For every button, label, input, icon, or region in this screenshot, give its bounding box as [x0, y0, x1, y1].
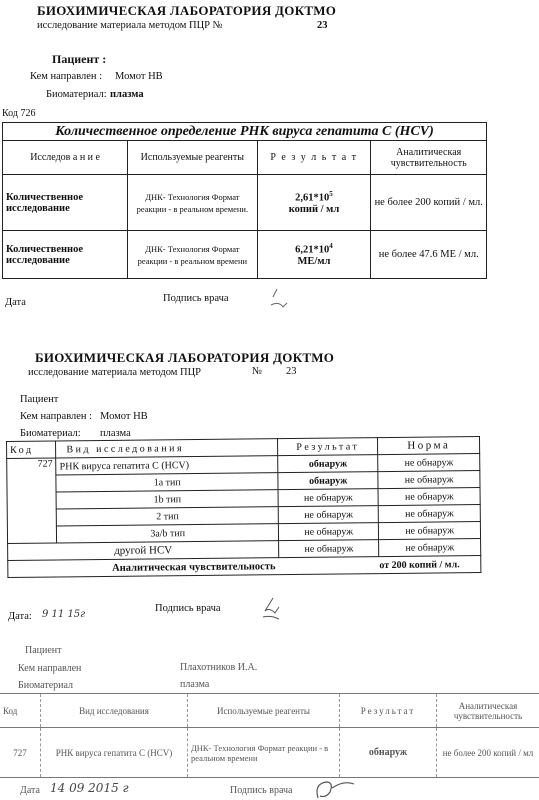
column-header: Р е з у л ь т а т [257, 141, 371, 175]
signature-label: Подпись врача [230, 785, 292, 796]
signature-label: Подпись врача [155, 603, 221, 614]
norm-cell: не обнаруж [379, 522, 481, 540]
table-row: Количественное исследование ДНК- Техноло… [3, 175, 487, 231]
norm-cell: не обнаруж [379, 505, 481, 523]
date-value: 9 11 15г [42, 609, 85, 620]
column-header: Исследов а н и е [3, 141, 128, 175]
study-cell: Количественное исследование [3, 231, 128, 279]
report-number: 23 [317, 20, 328, 31]
column-header: Аналитическая чувствительность [371, 141, 487, 175]
quantitative-results-table: Количественное определение РНК вируса ге… [2, 122, 487, 279]
code-cell: 727 [7, 458, 57, 544]
referred-value: Момот НВ [100, 411, 148, 422]
reagents-cell: ДНК- Технология Формат реакции - в реаль… [128, 231, 257, 279]
date-label: Дата: [8, 611, 32, 622]
sensitivity-row: Аналитическая чувствительность от 200 ко… [8, 556, 481, 578]
biomaterial-value: плазма [100, 428, 131, 439]
date-value: 14 09 2015 г [50, 781, 129, 795]
sensitivity-cell: не более 200 копий / мл [437, 728, 539, 778]
column-header: Код [0, 694, 41, 728]
column-header: Используемые реагенты [188, 694, 340, 728]
biomaterial-label: Биоматериал: [46, 89, 107, 100]
referred-label: Кем направлен : [30, 71, 102, 82]
lab-title: БИОХИМИЧЕСКАЯ ЛАБОРАТОРИЯ ДОКТМО [37, 3, 336, 19]
sensitivity-cell: не более 47.6 МЕ / мл. [371, 231, 487, 279]
column-header: Результат [340, 694, 437, 728]
report-number: 23 [286, 366, 297, 377]
table-title: Количественное определение РНК вируса ге… [3, 123, 487, 141]
referred-label: Кем направлен [18, 663, 81, 674]
number-sign: № [252, 366, 262, 377]
norm-cell: не обнаруж [379, 488, 481, 506]
biomaterial-label: Биоматериал: [20, 428, 81, 439]
biomaterial-label: Биоматериал [18, 680, 73, 691]
column-header: Используемые реагенты [128, 141, 257, 175]
biomaterial-value: плазма [110, 89, 144, 100]
result-cell: не обнаруж [279, 540, 380, 558]
patient-label: Пациент : [52, 52, 106, 67]
patient-label: Пациент [25, 645, 62, 656]
result-cell: 6,21*104 МЕ/мл [257, 231, 371, 279]
column-header: Вид исследования [41, 694, 188, 728]
column-header: Аналитическая чувствительность [437, 694, 539, 728]
norm-cell: не обнаруж [379, 539, 481, 557]
signature-label: Подпись врача [163, 293, 229, 304]
result-cell: не обнаруж [278, 506, 379, 524]
method-line: исследование материала методом ПЦР [28, 367, 201, 378]
genotype-results-table: Код Вид исследования Результат Норма 727… [6, 436, 481, 578]
signature-mark [265, 285, 305, 315]
norm-cell: не обнаруж [378, 454, 480, 472]
result-cell: не обнаруж [278, 523, 379, 541]
norm-cell: не обнаруж [378, 471, 480, 489]
date-label: Дата [5, 297, 26, 308]
signature-mark [255, 595, 295, 625]
method-line: исследование материала методом ПЦР № [37, 20, 223, 31]
study-name: РНК вируса гепатита С (HCV) [41, 728, 188, 778]
referred-label: Кем направлен : [20, 411, 92, 422]
column-header: Норма [378, 437, 480, 455]
result-cell: обнаруж [340, 728, 437, 778]
result-cell: 2,61*105 копий / мл [257, 175, 371, 231]
result-cell: обнаруж [278, 455, 379, 473]
date-label: Дата [20, 785, 40, 796]
lab-title: БИОХИМИЧЕСКАЯ ЛАБОРАТОРИЯ ДОКТМО [35, 350, 334, 366]
signature-mark [310, 778, 360, 800]
code-cell: 727 [0, 728, 41, 778]
patient-label: Пациент [20, 394, 58, 405]
study-cell: Количественное исследование [3, 175, 128, 231]
code-label: Код 726 [2, 108, 35, 119]
sensitivity-cell: не более 200 копий / мл. [371, 175, 487, 231]
referred-value: Плахотников И.А. [180, 662, 257, 673]
sensitivity-value: от 200 копий / мл. [379, 556, 481, 574]
table-row: 727 РНК вируса гепатита С (HCV) ДНК- Тех… [0, 728, 539, 778]
reagents-cell: ДНК- Технология Формат реакции - в реаль… [128, 175, 257, 231]
column-header: Результат [278, 438, 379, 456]
biomaterial-value: плазма [180, 679, 209, 690]
referred-value: Момот НВ [115, 71, 163, 82]
table-row: Количественное исследование ДНК- Техноло… [3, 231, 487, 279]
sensitivity-label: Аналитическая чувствительность [8, 557, 380, 578]
column-header: Код [7, 441, 57, 459]
result-cell: не обнаруж [278, 489, 379, 507]
result-cell: обнаруж [278, 472, 379, 490]
reagents-cell: ДНК- Технология Формат реакции - в реаль… [188, 728, 340, 778]
results-table: Код Вид исследования Используемые реаген… [0, 693, 539, 778]
